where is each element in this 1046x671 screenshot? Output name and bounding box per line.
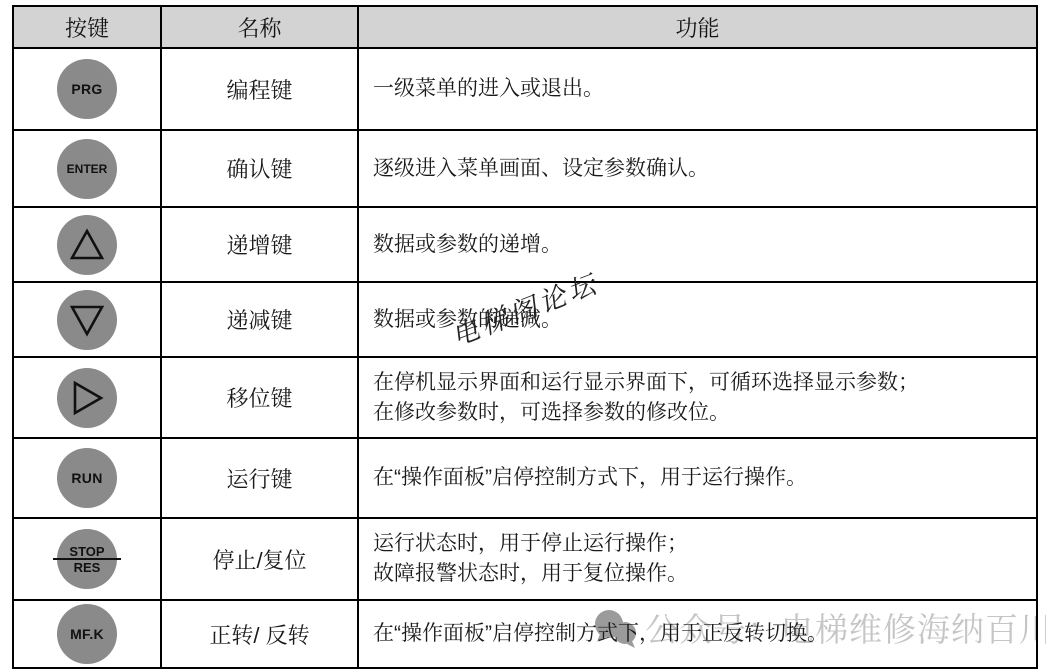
header-row: 按键 名称 功能	[13, 6, 1037, 48]
increment-button	[57, 215, 117, 275]
mfk-button-label: MF.K	[70, 626, 104, 642]
key-name: 递增键	[161, 207, 358, 282]
key-name: 正转/ 反转	[161, 600, 358, 668]
res-label: RES	[74, 561, 101, 574]
table-row-mfk: MF.K 正转/ 反转 在“操作面板”启停控制方式下，用于正反转切换。	[13, 600, 1037, 668]
column-header-name: 名称	[161, 6, 358, 48]
table-row-shift: 移位键 在停机显示界面和运行显示界面下，可循环选择显示参数； 在修改参数时，可选…	[13, 357, 1037, 438]
stop-label: STOP	[69, 545, 104, 558]
table-row-run: RUN 运行键 在“操作面板”启停控制方式下，用于运行操作。	[13, 438, 1037, 518]
column-header-function: 功能	[358, 6, 1037, 48]
column-header-key: 按键	[13, 6, 161, 48]
triangle-up-icon	[69, 228, 105, 262]
stop-reset-button: STOP RES	[57, 529, 117, 589]
key-function: 在“操作面板”启停控制方式下，用于运行操作。	[358, 438, 1037, 518]
triangle-right-icon	[70, 380, 104, 416]
key-function: 数据或参数的递增。	[358, 207, 1037, 282]
key-name: 确认键	[161, 130, 358, 207]
run-button-label: RUN	[71, 470, 102, 486]
key-function: 运行状态时，用于停止运行操作； 故障报警状态时，用于复位操作。	[358, 518, 1037, 600]
key-name: 递减键	[161, 282, 358, 357]
shift-button	[57, 368, 117, 428]
enter-button: ENTER	[57, 139, 117, 199]
triangle-down-icon	[69, 303, 105, 337]
manual-page: 公众号：电梯维修海纳百川 电梯阁论坛 按键 名称 功能 PRG 编程键 一级菜	[0, 0, 1046, 671]
key-name: 编程键	[161, 48, 358, 130]
prg-button: PRG	[57, 59, 117, 119]
table-row-prg: PRG 编程键 一级菜单的进入或退出。	[13, 48, 1037, 130]
table-row-stop-reset: STOP RES 停止/复位 运行状态时，用于停止运行操作； 故障报警状态时，用…	[13, 518, 1037, 600]
key-name: 移位键	[161, 357, 358, 438]
prg-button-label: PRG	[71, 81, 102, 97]
run-button: RUN	[57, 448, 117, 508]
enter-button-label: ENTER	[67, 162, 108, 176]
decrement-button	[57, 290, 117, 350]
key-function: 在“操作面板”启停控制方式下，用于正反转切换。	[358, 600, 1037, 668]
key-function: 逐级进入菜单画面、设定参数确认。	[358, 130, 1037, 207]
table-row-enter: ENTER 确认键 逐级进入菜单画面、设定参数确认。	[13, 130, 1037, 207]
keypad-function-table: 按键 名称 功能 PRG 编程键 一级菜单的进入或退出。	[12, 5, 1038, 669]
key-function: 在停机显示界面和运行显示界面下，可循环选择显示参数； 在修改参数时，可选择参数的…	[358, 357, 1037, 438]
key-function: 一级菜单的进入或退出。	[358, 48, 1037, 130]
mfk-button: MF.K	[57, 604, 117, 664]
key-name: 停止/复位	[161, 518, 358, 600]
table-row-increment: 递增键 数据或参数的递增。	[13, 207, 1037, 282]
key-name: 运行键	[161, 438, 358, 518]
stop-reset-divider	[53, 558, 121, 560]
